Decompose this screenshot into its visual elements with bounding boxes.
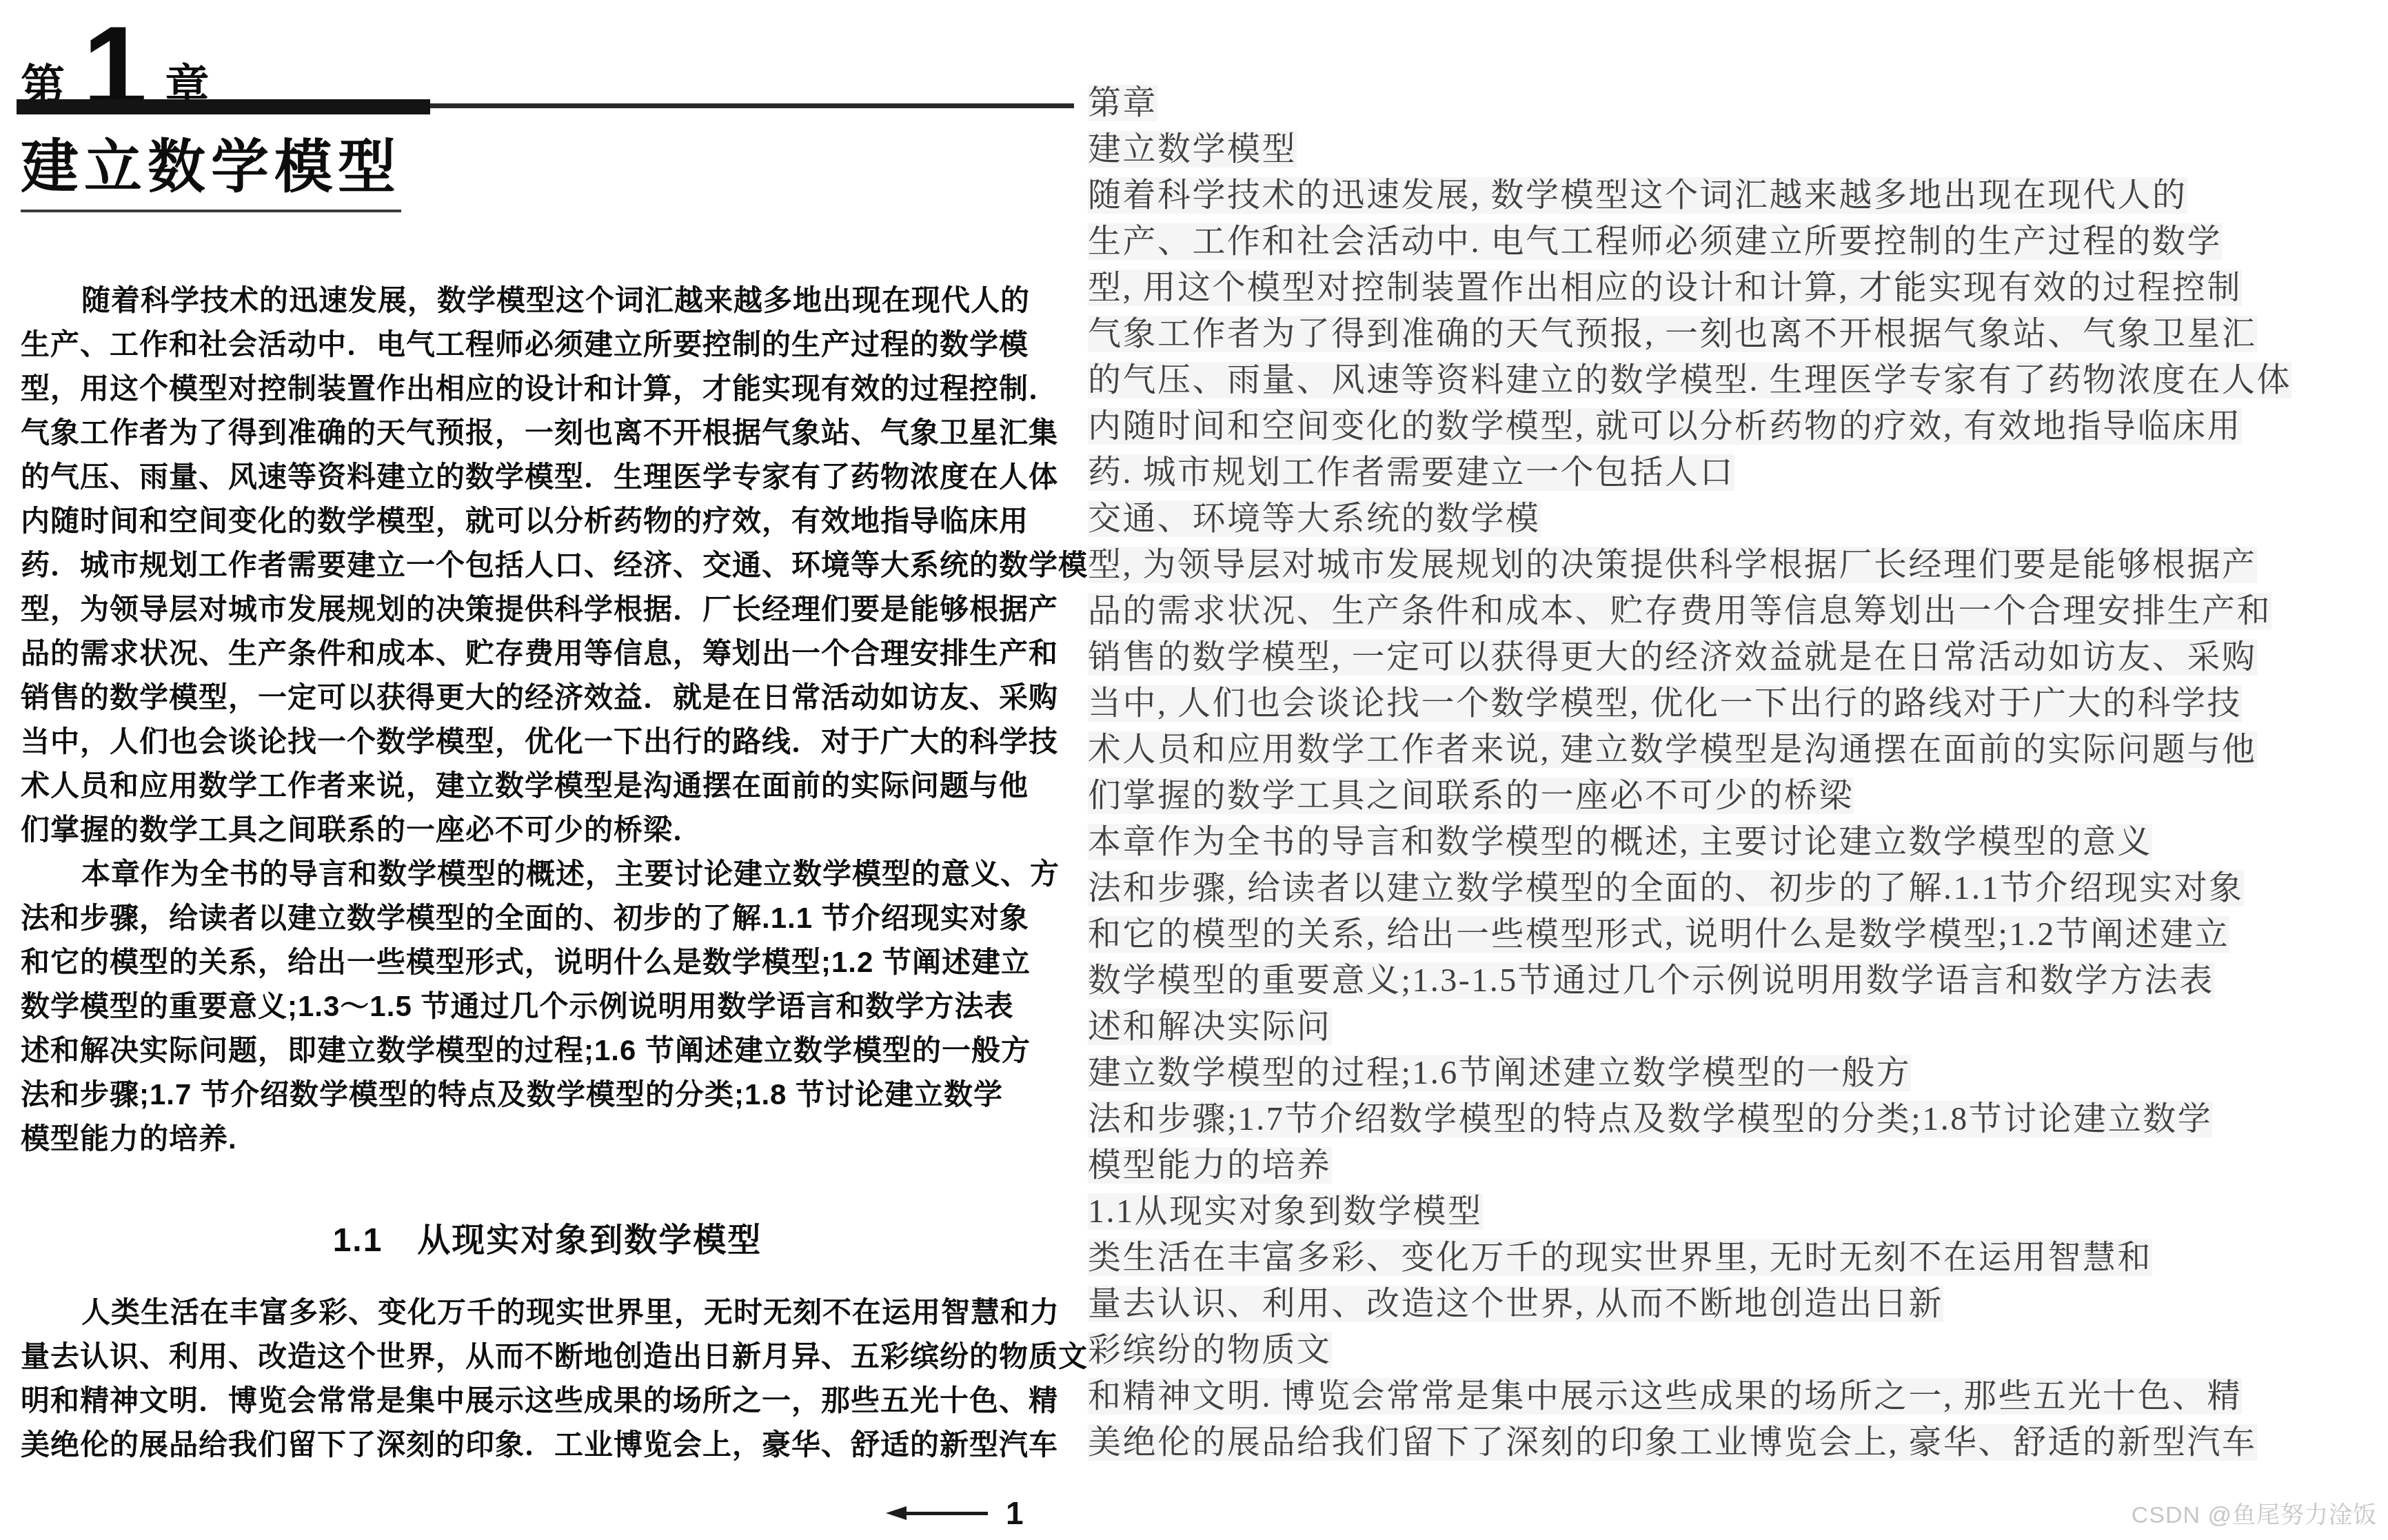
text-line-content: 术人员和应用数学工作者来说, 建立数学模型是沟通摆在面前的实际问题与他 [1088, 731, 2257, 768]
text-line-content: 销售的数学模型, 一定可以获得更大的经济效益就是在日常活动如访友、采购 [1088, 639, 2257, 676]
text-line-content: 交通、环境等大系统的数学模 [1088, 500, 1541, 537]
text-line-content: 品的需求状况、生产条件和成本、贮存费用等信息筹划出一个合理安排生产和 [1088, 593, 2271, 629]
paragraph-2: 本章作为全书的导言和数学模型的概述，主要讨论建立数学模型的意义、方法和步骤，给读… [21, 852, 1074, 1161]
paragraph-3: 人类生活在丰富多彩、变化万千的现实世界里，无时无刻不在运用智慧和力量去认识、利用… [21, 1290, 1074, 1467]
text-line: 的气压、雨量、风速等资料建立的数学模型．生理医学专家有了药物浓度在人体 [21, 455, 1074, 499]
text-line: 法和步骤，给读者以建立数学模型的全面的、初步的了解.1.1 节介绍现实对象 [21, 896, 1074, 940]
text-line: 美绝伦的展品给我们留下了深刻的印象．工业博览会上，豪华、舒适的新型汽车 [21, 1423, 1074, 1467]
text-line: 建立数学模型 [1088, 126, 2388, 172]
text-line: 和精神文明. 博览会常常是集中展示这些成果的场所之一, 那些五光十色、精 [1088, 1373, 2388, 1419]
text-line: 药. 城市规划工作者需要建立一个包括人口 [1088, 449, 2388, 496]
screenshot-root: 第 1 章 建立数学模型 随着科学技术的迅速发展，数学模型这个词汇越来越多地出现… [0, 0, 2388, 1540]
text-line: 建立数学模型的过程;1.6节阐述建立数学模型的一般方 [1088, 1050, 2388, 1096]
text-line: 生产、工作和社会活动中. 电气工程师必须建立所要控制的生产过程的数学 [1088, 219, 2388, 265]
arrow-line [907, 1512, 988, 1515]
text-line-content: 型, 用这个模型对控制装置作出相应的设计和计算, 才能实现有效的过程控制 [1088, 270, 2242, 306]
text-line: 数学模型的重要意义;1.3～1.5 节通过几个示例说明用数学语言和数学方法表 [21, 984, 1074, 1029]
text-line-content: 模型能力的培养 [1088, 1147, 1332, 1184]
text-line-content: 的气压、雨量、风速等资料建立的数学模型. 生理医学专家有了药物浓度在人体 [1088, 362, 2291, 398]
chapter-rule-line [430, 103, 1074, 108]
text-line: 法和步骤;1.7 节介绍数学模型的特点及数学模型的分类;1.8 节讨论建立数学 [21, 1073, 1074, 1117]
text-line: 本章作为全书的导言和数学模型的概述，主要讨论建立数学模型的意义、方 [21, 852, 1074, 896]
text-line: 述和解决实际问 [1088, 1004, 2388, 1050]
text-line-content: 和它的模型的关系, 给出一些模型形式, 说明什么是数学模型;1.2节阐述建立 [1088, 916, 2229, 953]
text-line: 当中，人们也会谈论找一个数学模型，优化一下出行的路线．对于广大的科学技 [21, 720, 1074, 764]
text-line: 的气压、雨量、风速等资料建立的数学模型. 生理医学专家有了药物浓度在人体 [1088, 357, 2388, 403]
book-page-scan: 第 1 章 建立数学模型 随着科学技术的迅速发展，数学模型这个词汇越来越多地出现… [21, 0, 1074, 1540]
text-line-content: 建立数学模型的过程;1.6节阐述建立数学模型的一般方 [1088, 1055, 1911, 1091]
text-line: 们掌握的数学工具之间联系的一座必不可少的桥梁． [21, 808, 1074, 852]
page-number: 1 [1006, 1495, 1024, 1532]
text-line: 内随时间和空间变化的数学模型, 就可以分析药物的疗效, 有效地指导临床用 [1088, 403, 2388, 449]
text-line: 销售的数学模型, 一定可以获得更大的经济效益就是在日常活动如访友、采购 [1088, 634, 2388, 680]
text-line: 当中, 人们也会谈论找一个数学模型, 优化一下出行的路线对于广大的科学技 [1088, 680, 2388, 727]
text-line-content: 彩缤纷的物质文 [1088, 1332, 1332, 1368]
paragraph-1: 随着科学技术的迅速发展，数学模型这个词汇越来越多地出现在现代人的生产、工作和社会… [21, 278, 1074, 852]
text-line: 术人员和应用数学工作者来说, 建立数学模型是沟通摆在面前的实际问题与他 [1088, 727, 2388, 773]
text-line: 模型能力的培养 [1088, 1142, 2388, 1188]
text-line: 本章作为全书的导言和数学模型的概述, 主要讨论建立数学模型的意义 [1088, 819, 2388, 865]
text-line: 型, 为领导层对城市发展规划的决策提供科学根据厂长经理们要是能够根据产 [1088, 542, 2388, 588]
text-line: 述和解决实际问题，即建立数学模型的过程;1.6 节阐述建立数学模型的一般方 [21, 1029, 1074, 1073]
text-line-content: 们掌握的数学工具之间联系的一座必不可少的桥梁 [1088, 778, 1854, 814]
text-line: 型，用这个模型对控制装置作出相应的设计和计算，才能实现有效的过程控制． [21, 367, 1074, 411]
chapter-title: 建立数学模型 [21, 135, 401, 212]
text-line-content: 内随时间和空间变化的数学模型, 就可以分析药物的疗效, 有效地指导临床用 [1088, 408, 2242, 445]
text-line: 型, 用这个模型对控制装置作出相应的设计和计算, 才能实现有效的过程控制 [1088, 265, 2388, 311]
text-line: 随着科学技术的迅速发展, 数学模型这个词汇越来越多地出现在现代人的 [1088, 172, 2388, 219]
text-line: 明和精神文明．博览会常常是集中展示这些成果的场所之一，那些五光十色、精 [21, 1379, 1074, 1423]
page-footer: 1 [886, 1495, 1024, 1532]
ocr-text-panel: 第章建立数学模型随着科学技术的迅速发展, 数学模型这个词汇越来越多地出现在现代人… [1088, 80, 2388, 1466]
text-line: 术人员和应用数学工作者来说，建立数学模型是沟通摆在面前的实际问题与他 [21, 764, 1074, 808]
arrow-head [886, 1506, 907, 1520]
text-line: 彩缤纷的物质文 [1088, 1327, 2388, 1373]
text-line: 法和步骤, 给读者以建立数学模型的全面的、初步的了解.1.1节介绍现实对象 [1088, 865, 2388, 911]
text-line-content: 随着科学技术的迅速发展, 数学模型这个词汇越来越多地出现在现代人的 [1088, 177, 2187, 214]
text-line-content: 述和解决实际问 [1088, 1009, 1332, 1045]
text-line: 模型能力的培养. [21, 1117, 1074, 1161]
text-line: 法和步骤;1.7节介绍数学模型的特点及数学模型的分类;1.8节讨论建立数学 [1088, 1096, 2388, 1142]
text-line: 量去认识、利用、改造这个世界，从而不断地创造出日新月异、五彩缤纷的物质文 [21, 1335, 1074, 1379]
text-line: 交通、环境等大系统的数学模 [1088, 496, 2388, 542]
text-line: 数学模型的重要意义;1.3-1.5节通过几个示例说明用数学语言和数学方法表 [1088, 958, 2388, 1004]
text-line-content: 量去认识、利用、改造这个世界, 从而不断地创造出日新 [1088, 1286, 1943, 1322]
text-line: 随着科学技术的迅速发展，数学模型这个词汇越来越多地出现在现代人的 [21, 278, 1074, 323]
text-line: 和它的模型的关系，给出一些模型形式，说明什么是数学模型;1.2 节阐述建立 [21, 940, 1074, 984]
text-line-content: 美绝伦的展品给我们留下了深刻的印象工业博览会上, 豪华、舒适的新型汽车 [1088, 1424, 2257, 1461]
text-line-content: 当中, 人们也会谈论找一个数学模型, 优化一下出行的路线对于广大的科学技 [1088, 685, 2242, 722]
text-line: 气象工作者为了得到准确的天气预报, 一刻也离不开根据气象站、气象卫星汇 [1088, 311, 2388, 357]
watermark: CSDN @鱼尾努力淦饭 [2132, 1496, 2377, 1530]
text-line: 品的需求状况、生产条件和成本、贮存费用等信息筹划出一个合理安排生产和 [1088, 588, 2388, 634]
text-line: 销售的数学模型，一定可以获得更大的经济效益．就是在日常活动如访友、采购 [21, 676, 1074, 720]
text-line-content: 类生活在丰富多彩、变化万千的现实世界里, 无时无刻不在运用智慧和 [1088, 1239, 2152, 1276]
text-line: 人类生活在丰富多彩、变化万千的现实世界里，无时无刻不在运用智慧和力 [21, 1290, 1074, 1335]
text-line-content: 法和步骤, 给读者以建立数学模型的全面的、初步的了解.1.1节介绍现实对象 [1088, 870, 2244, 906]
text-line: 内随时间和空间变化的数学模型，就可以分析药物的疗效，有效地指导临床用 [21, 499, 1074, 543]
text-line: 1.1从现实对象到数学模型 [1088, 1188, 2388, 1235]
text-line: 们掌握的数学工具之间联系的一座必不可少的桥梁 [1088, 773, 2388, 819]
text-line-content: 第章 [1088, 85, 1157, 121]
section-heading: 1.1 从现实对象到数学模型 [21, 1213, 1074, 1261]
text-line-content: 建立数学模型 [1088, 131, 1297, 168]
text-line: 药．城市规划工作者需要建立一个包括人口、经济、交通、环境等大系统的数学模 [21, 543, 1074, 587]
text-line: 生产、工作和社会活动中．电气工程师必须建立所要控制的生产过程的数学模 [21, 323, 1074, 367]
left-arrow-icon [886, 1506, 988, 1520]
text-line: 第章 [1088, 80, 2388, 126]
text-line-content: 1.1从现实对象到数学模型 [1088, 1193, 1483, 1230]
text-line: 类生活在丰富多彩、变化万千的现实世界里, 无时无刻不在运用智慧和 [1088, 1235, 2388, 1281]
text-line-content: 药. 城市规划工作者需要建立一个包括人口 [1088, 454, 1734, 491]
text-line-content: 本章作为全书的导言和数学模型的概述, 主要讨论建立数学模型的意义 [1088, 824, 2152, 860]
text-line-content: 数学模型的重要意义;1.3-1.5节通过几个示例说明用数学语言和数学方法表 [1088, 962, 2214, 999]
text-line: 和它的模型的关系, 给出一些模型形式, 说明什么是数学模型;1.2节阐述建立 [1088, 911, 2388, 958]
text-line-content: 法和步骤;1.7节介绍数学模型的特点及数学模型的分类;1.8节讨论建立数学 [1088, 1101, 2212, 1137]
text-line: 型，为领导层对城市发展规划的决策提供科学根据．厂长经理们要是能够根据产 [21, 587, 1074, 631]
text-line-content: 和精神文明. 博览会常常是集中展示这些成果的场所之一, 那些五光十色、精 [1088, 1378, 2242, 1415]
text-line: 气象工作者为了得到准确的天气预报，一刻也离不开根据气象站、气象卫星汇集 [21, 411, 1074, 455]
text-line: 品的需求状况、生产条件和成本、贮存费用等信息，筹划出一个合理安排生产和 [21, 631, 1074, 676]
chapter-underline-bar [17, 99, 430, 114]
text-line-content: 气象工作者为了得到准确的天气预报, 一刻也离不开根据气象站、气象卫星汇 [1088, 316, 2257, 352]
text-line: 美绝伦的展品给我们留下了深刻的印象工业博览会上, 豪华、舒适的新型汽车 [1088, 1419, 2388, 1466]
text-line-content: 生产、工作和社会活动中. 电气工程师必须建立所要控制的生产过程的数学 [1088, 223, 2222, 260]
text-line-content: 型, 为领导层对城市发展规划的决策提供科学根据厂长经理们要是能够根据产 [1088, 547, 2257, 583]
text-line: 量去认识、利用、改造这个世界, 从而不断地创造出日新 [1088, 1281, 2388, 1327]
